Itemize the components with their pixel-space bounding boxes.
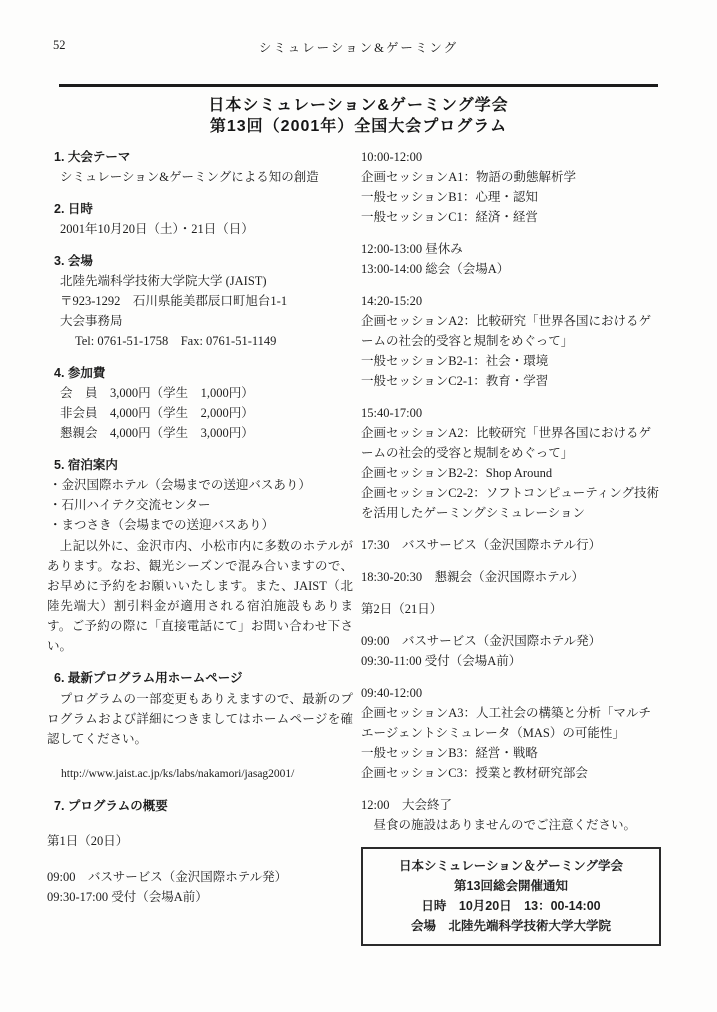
text-line: 〒923-1292 石川県能美郡辰口町旭台1-1 — [60, 291, 353, 311]
journal-running-title: シミュレーション&ゲーミング — [0, 38, 717, 56]
section-program-overview: 7. プログラムの概要 第1日（20日） 09:00 バスサービス（金沢国際ホテ… — [47, 796, 353, 907]
schedule-block-day2-morning: 09:00 バスサービス（金沢国際ホテル発）09:30-11:00 受付（会場A… — [361, 631, 661, 671]
text-line: 一般セッションC1：経済・経営 — [361, 207, 661, 227]
text-line: 日時 10月20日 13：00-14:00 — [367, 896, 655, 916]
text-line: 10:00-12:00 — [361, 147, 661, 167]
text-line: 09:30-11:00 受付（会場A前） — [361, 651, 661, 671]
section-theme-heading: 1. 大会テーマ — [54, 147, 353, 167]
schedule-block-afternoon-sessions-1: 14:20-15:20企画セッションA2：比較研究「世界各国におけるゲームの社会… — [361, 291, 661, 391]
section-venue-body: 北陸先端科学技術大学院大学 (JAIST)〒923-1292 石川県能美郡辰口町… — [47, 271, 353, 331]
text-line: 日本シミュレーション＆ゲーミング学会 — [367, 856, 655, 876]
section-fee-heading: 4. 参加費 — [54, 363, 353, 383]
day1-label: 第1日（20日） — [47, 831, 353, 851]
venue-contact-line: Tel: 0761-51-1758 Fax: 0761-51-1149 — [75, 331, 353, 351]
text-line: 一般セッションC2-1：教育・学習 — [361, 371, 661, 391]
section-homepage: 6. 最新プログラム用ホームページ プログラムの一部変更もありえますので、最新の… — [47, 668, 353, 784]
text-line: 非会員 4,000円（学生 2,000円） — [60, 403, 353, 423]
text-line: 一般セッションB2-1：社会・環境 — [361, 351, 661, 371]
text-line: 会場 北陸先端科学技術大学大学院 — [367, 916, 655, 936]
text-line: 2001年10月20日（土）・21日（日） — [60, 219, 353, 239]
text-line: 第2日（21日） — [361, 599, 661, 619]
text-line: 09:00 バスサービス（金沢国際ホテル発） — [47, 867, 353, 887]
text-line: 企画セッションA3：人工社会の構築と分析「マルチエージェントシミュレータ（MAS… — [361, 703, 661, 743]
text-line: 12:00 大会終了 — [361, 795, 661, 815]
text-line: 14:20-15:20 — [361, 291, 661, 311]
text-line: 09:40-12:00 — [361, 683, 661, 703]
schedule-block-day2-sessions: 09:40-12:00企画セッションA3：人工社会の構築と分析「マルチエージェン… — [361, 683, 661, 783]
right-column: 10:00-12:00企画セッションA1：物語の動態解析学一般セッションB1：心… — [361, 147, 661, 946]
section-fee: 4. 参加費 会 員 3,000円（学生 1,000円）非会員 4,000円（学… — [47, 363, 353, 443]
text-line: 大会事務局 — [60, 311, 353, 331]
text-line: 09:00 バスサービス（金沢国際ホテル発） — [361, 631, 661, 651]
accommodation-note-paragraph: 上記以外に、金沢市内、小松市内に多数のホテルがあります。なお、観光シーズンで混み… — [47, 536, 353, 656]
text-line: 13:00-14:00 総会（会場A） — [361, 259, 661, 279]
homepage-url: http://www.jaist.ac.jp/ks/labs/nakamori/… — [61, 764, 353, 784]
schedule-block-bus-return: 17:30 バスサービス（金沢国際ホテル行） — [361, 535, 661, 555]
document-page: 52 シミュレーション&ゲーミング 日本シミュレーション&ゲーミング学会 第13… — [0, 0, 717, 1012]
header-rule — [59, 84, 658, 87]
section-datetime-body: 2001年10月20日（土）・21日（日） — [47, 219, 353, 239]
day2-label-block: 第2日（21日） — [361, 599, 661, 619]
text-line: 北陸先端科学技術大学院大学 (JAIST) — [60, 271, 353, 291]
text-line: 会 員 3,000円（学生 1,000円） — [60, 383, 353, 403]
text-line: ・まつさき（会場までの送迎バスあり） — [49, 515, 353, 535]
section-accommodation-hotels: ・金沢国際ホテル（会場までの送迎バスあり）・石川ハイテク交流センター・まつさき（… — [47, 475, 353, 535]
text-line: 企画セッションC2-2：ソフトコンピューティング技術を活用したゲーミングシミュレ… — [361, 483, 661, 523]
text-line: 懇親会 4,000円（学生 3,000円） — [60, 423, 353, 443]
day1-schedule: 09:00 バスサービス（金沢国際ホテル発）09:30-17:00 受付（会場A… — [47, 867, 353, 907]
section-theme: 1. 大会テーマ シミュレーション&ゲーミングによる知の創造 — [47, 147, 353, 187]
section-homepage-heading: 6. 最新プログラム用ホームページ — [54, 668, 353, 688]
text-line: 企画セッションA2：比較研究「世界各国におけるゲームの社会的受容と規制をめぐって… — [361, 423, 661, 463]
text-line: 第13回総会開催通知 — [367, 876, 655, 896]
section-theme-body: シミュレーション&ゲーミングによる知の創造 — [47, 167, 353, 187]
general-assembly-notice-box: 日本シミュレーション＆ゲーミング学会第13回総会開催通知日時 10月20日 13… — [361, 847, 661, 946]
schedule-block-lunch-assembly: 12:00-13:00 昼休み13:00-14:00 総会（会場A） — [361, 239, 661, 279]
section-accommodation-heading: 5. 宿泊案内 — [54, 455, 353, 475]
text-line: 企画セッションA2：比較研究「世界各国におけるゲームの社会的受容と規制をめぐって… — [361, 311, 661, 351]
section-accommodation: 5. 宿泊案内 ・金沢国際ホテル（会場までの送迎バスあり）・石川ハイテク交流セン… — [47, 455, 353, 656]
text-line: 18:30-20:30 懇親会（金沢国際ホテル） — [361, 567, 661, 587]
text-line: 09:30-17:00 受付（会場A前） — [47, 887, 353, 907]
conference-title-line1: 日本シミュレーション&ゲーミング学会 — [0, 95, 717, 116]
section-datetime: 2. 日時 2001年10月20日（土）・21日（日） — [47, 199, 353, 239]
schedule-block-closing: 12:00 大会終了 昼食の施設はありませんのでご注意ください。 — [361, 795, 661, 835]
text-line: 17:30 バスサービス（金沢国際ホテル行） — [361, 535, 661, 555]
text-line: 一般セッションB3：経営・戦略 — [361, 743, 661, 763]
schedule-block-banquet: 18:30-20:30 懇親会（金沢国際ホテル） — [361, 567, 661, 587]
homepage-note-paragraph: プログラムの一部変更もありえますので、最新のプログラムおよび詳細につきましてはホ… — [47, 689, 353, 749]
text-line: ・金沢国際ホテル（会場までの送迎バスあり） — [49, 475, 353, 495]
left-column: 1. 大会テーマ シミュレーション&ゲーミングによる知の創造 2. 日時 200… — [47, 147, 353, 919]
text-line: シミュレーション&ゲーミングによる知の創造 — [60, 167, 353, 187]
schedule-block-afternoon-sessions-2: 15:40-17:00企画セッションA2：比較研究「世界各国におけるゲームの社会… — [361, 403, 661, 523]
conference-title: 日本シミュレーション&ゲーミング学会 第13回（2001年）全国大会プログラム — [0, 95, 717, 137]
text-line: 一般セッションB1：心理・認知 — [361, 187, 661, 207]
section-program-overview-heading: 7. プログラムの概要 — [54, 796, 353, 816]
conference-title-line2: 第13回（2001年）全国大会プログラム — [0, 116, 717, 137]
section-venue-heading: 3. 会場 — [54, 251, 353, 271]
section-datetime-heading: 2. 日時 — [54, 199, 353, 219]
text-line: 昼食の施設はありませんのでご注意ください。 — [361, 815, 661, 835]
schedule-block-morning-sessions: 10:00-12:00企画セッションA1：物語の動態解析学一般セッションB1：心… — [361, 147, 661, 227]
text-line: 企画セッションB2-2：Shop Around — [361, 463, 661, 483]
text-line: 企画セッションC3：授業と教材研究部会 — [361, 763, 661, 783]
text-line: 12:00-13:00 昼休み — [361, 239, 661, 259]
text-line: 企画セッションA1：物語の動態解析学 — [361, 167, 661, 187]
text-line: ・石川ハイテク交流センター — [49, 495, 353, 515]
text-line: 15:40-17:00 — [361, 403, 661, 423]
section-fee-body: 会 員 3,000円（学生 1,000円）非会員 4,000円（学生 2,000… — [47, 383, 353, 443]
section-venue: 3. 会場 北陸先端科学技術大学院大学 (JAIST)〒923-1292 石川県… — [47, 251, 353, 351]
